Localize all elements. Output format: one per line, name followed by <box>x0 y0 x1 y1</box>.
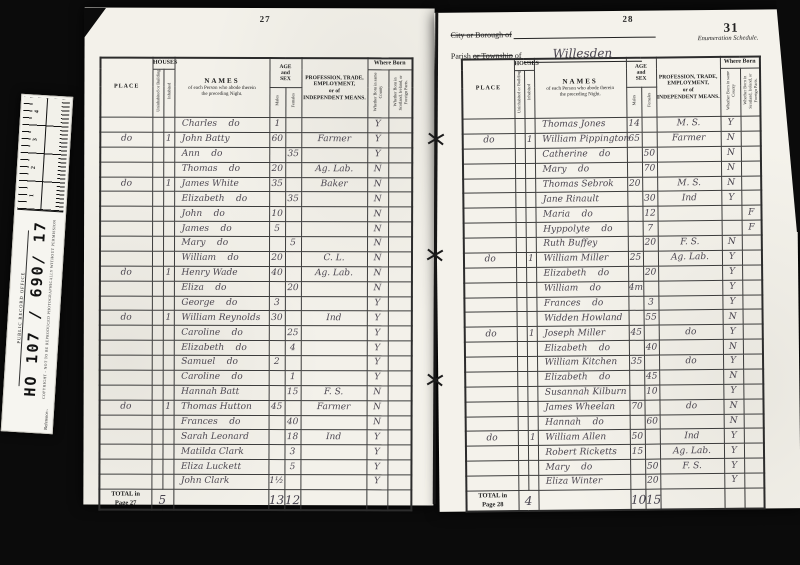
cell-f: 45 <box>644 370 659 385</box>
cell-place <box>465 371 517 386</box>
record-row: Thomas do20Ag. Lab.N <box>100 162 412 178</box>
cell-u <box>517 386 527 401</box>
cell-b1: Y <box>366 460 387 475</box>
cell-b1: Y <box>723 384 743 399</box>
cell-b2 <box>388 192 412 207</box>
cell-b2 <box>742 294 762 309</box>
cell-name: Elizabeth do <box>174 192 269 207</box>
cell-f: 60 <box>645 415 660 430</box>
cell-name: John Batty <box>174 132 269 147</box>
cell-b2 <box>741 190 761 205</box>
record-row: Frances do40N <box>100 415 412 431</box>
cell-m <box>628 296 643 311</box>
cell-i <box>528 475 538 490</box>
header-profession: PROFESSION, TRADE, EMPLOYMENT, or of IND… <box>301 58 367 118</box>
cell-i <box>527 401 537 416</box>
ruler: 1234 <box>17 97 70 213</box>
cell-u <box>516 267 526 282</box>
cell-f <box>644 400 659 415</box>
cell-name: Catherine do <box>535 147 627 163</box>
cell-i <box>163 296 174 311</box>
cell-m: 35 <box>629 355 644 370</box>
city-borough-label: City or Borough of <box>451 30 512 40</box>
cell-prof <box>659 384 723 400</box>
cell-name: Thomas Jones <box>535 117 627 133</box>
cell-m: 3 <box>269 296 285 311</box>
cell-f <box>644 355 659 370</box>
header-houses: HOUSES <box>152 58 174 69</box>
cell-u <box>516 297 526 312</box>
schedule-number: 31 <box>723 20 738 36</box>
cell-b1: N <box>367 252 388 267</box>
header-age-sex: AGE and SEX <box>626 58 656 88</box>
cell-i <box>526 282 536 297</box>
cell-b1: N <box>722 235 742 250</box>
ruler-number: 3 <box>33 138 39 141</box>
cell-b1: Y <box>367 133 388 148</box>
cell-u <box>151 444 162 459</box>
cell-f <box>285 132 301 147</box>
cell-place <box>100 191 152 206</box>
header-age-sex: AGE and SEX <box>269 58 301 87</box>
cell-i: 1 <box>163 311 174 326</box>
header-names-sub2: the preceding Night. <box>535 92 626 99</box>
cell-f <box>285 356 301 371</box>
cell-b1: N <box>721 161 741 176</box>
header-males-label: Males <box>275 95 280 106</box>
cell-name: John do <box>174 207 269 222</box>
cell-i <box>525 178 535 193</box>
cell-f <box>285 251 301 266</box>
cell-place <box>100 385 152 400</box>
cell-place <box>463 178 515 193</box>
cell-name: Frances do <box>174 415 269 430</box>
cell-b1: N <box>367 237 388 252</box>
cell-m <box>627 162 642 177</box>
cell-b1: N <box>367 400 388 415</box>
record-row: do1Thomas Hutton45FarmerN <box>100 400 412 416</box>
cell-b2 <box>388 371 412 386</box>
cell-i <box>163 147 174 162</box>
cell-u <box>152 132 163 147</box>
records-body-right: Thomas Jones14M. S.Ydo1William Pippingto… <box>463 116 765 491</box>
cell-prof <box>659 340 723 356</box>
cell-b2 <box>743 324 763 339</box>
cell-u <box>518 475 528 490</box>
cell-prof: Ind <box>660 429 724 445</box>
cell-u <box>152 430 163 445</box>
cell-m: 1 <box>269 118 285 133</box>
record-row: Elizabeth do4Y <box>100 340 412 356</box>
cell-u <box>152 177 163 192</box>
cell-m: 5 <box>269 222 285 237</box>
cell-prof: Baker <box>301 177 367 192</box>
header-males: Males <box>626 87 641 117</box>
cell-f: 50 <box>645 459 660 474</box>
reference-prefix-label: Reference:- <box>43 409 49 430</box>
cell-m: 14 <box>627 117 642 132</box>
cell-name: William Allen <box>538 430 630 446</box>
cell-u <box>515 208 525 223</box>
page-number-right: 28 <box>622 14 633 24</box>
cell-i <box>527 386 537 401</box>
cell-m <box>627 192 642 207</box>
record-row: Ann do35Y <box>100 147 412 163</box>
total-spacer <box>366 490 387 511</box>
cell-u <box>515 133 525 148</box>
cell-f <box>643 251 658 266</box>
cell-place: do <box>100 266 152 281</box>
cell-b2 <box>387 460 411 475</box>
cell-name: Samuel do <box>174 355 269 370</box>
record-row: Eliza do20N <box>100 281 412 297</box>
cell-name: George do <box>174 296 269 311</box>
cell-b2: F <box>742 220 762 235</box>
cell-f <box>284 475 300 490</box>
cell-i <box>163 370 174 385</box>
cell-u <box>152 325 163 340</box>
header-females-label: Females <box>646 93 652 107</box>
cell-prof <box>301 192 367 207</box>
cell-prof <box>658 295 722 311</box>
cell-b1: Y <box>366 475 387 490</box>
total-spacer <box>538 489 630 511</box>
cell-prof <box>301 341 367 356</box>
cell-m: 20 <box>269 162 285 177</box>
cell-m <box>269 430 285 445</box>
cell-b2 <box>744 428 764 443</box>
cell-name: Caroline do <box>174 370 269 385</box>
cell-m <box>629 340 644 355</box>
cell-prof: Ind <box>301 311 367 326</box>
cell-m <box>269 237 285 252</box>
cell-f: 30 <box>642 191 657 206</box>
cell-prof <box>658 280 722 296</box>
cell-b1 <box>722 220 742 235</box>
census-page-left: 27 PLACE HOUSES NAMES of each Person who… <box>83 8 434 506</box>
cell-m <box>628 221 643 236</box>
cell-prof: do <box>659 354 723 370</box>
total-label-l2: Page 27 <box>115 499 137 506</box>
cell-m: 4m <box>628 281 643 296</box>
total-females-left: 12 <box>284 489 300 510</box>
cell-b2 <box>388 133 412 148</box>
total-spacer <box>387 490 411 511</box>
cell-b1: N <box>367 267 388 282</box>
cell-prof <box>659 369 723 385</box>
cell-u <box>152 117 163 132</box>
cell-prof: Ag. Lab. <box>301 266 367 281</box>
cell-name: Mary do <box>174 236 269 251</box>
cell-b1: Y <box>723 354 743 369</box>
cell-m <box>628 266 643 281</box>
cell-u <box>516 237 526 252</box>
header-born-other: Whether Born in Scotland, Ireland, or Fo… <box>740 67 761 116</box>
cell-name: Ann do <box>174 147 269 162</box>
cell-f: 35 <box>285 192 301 207</box>
cell-b1 <box>721 205 741 220</box>
cell-m <box>629 385 644 400</box>
page-number-left: 27 <box>260 14 271 24</box>
cell-b1: Y <box>722 250 742 265</box>
cell-b1: Y <box>367 430 388 445</box>
header-females: Females <box>641 87 656 117</box>
cell-place <box>465 386 517 401</box>
cell-name: Mary do <box>535 162 627 178</box>
cell-prof <box>301 222 367 237</box>
cell-place: do <box>465 327 517 342</box>
cell-name: Jane Rinault <box>535 192 627 208</box>
cell-prof <box>660 414 724 430</box>
header-inhabited-label: Inhabited <box>166 83 171 99</box>
cell-u <box>515 193 525 208</box>
cell-name: Hyppolyte do <box>536 222 628 238</box>
cell-prof <box>300 460 366 475</box>
cell-i <box>528 446 538 461</box>
header-females: Females <box>285 87 301 117</box>
cell-m: 35 <box>269 177 285 192</box>
cell-b2 <box>387 445 411 460</box>
total-females-right: 15 <box>645 489 660 510</box>
cell-place <box>100 340 152 355</box>
cell-place <box>463 148 515 163</box>
cell-f: 3 <box>643 296 658 311</box>
cell-b2 <box>743 384 763 399</box>
cell-b1: Y <box>722 295 742 310</box>
cell-place: do <box>464 252 516 267</box>
cell-name: Elizabeth do <box>537 341 629 357</box>
cell-i <box>525 208 535 223</box>
total-label-right: TOTAL in Page 28 <box>466 490 518 512</box>
cell-m: 10 <box>269 207 285 222</box>
cell-i <box>527 356 537 371</box>
cell-place <box>466 416 518 431</box>
cell-f <box>642 117 657 132</box>
census-table-left: PLACE HOUSES NAMES of each Person who ab… <box>98 57 413 512</box>
cell-m <box>629 311 644 326</box>
cell-b1: N <box>367 281 388 296</box>
record-row: John do10N <box>100 206 412 222</box>
cell-u <box>516 223 526 238</box>
cell-i <box>527 341 537 356</box>
cell-prof <box>300 445 366 460</box>
cell-name: James White <box>174 177 269 192</box>
record-row: Eliza Luckett5Y <box>99 459 411 475</box>
cell-place <box>464 267 516 282</box>
cell-i: 1 <box>163 177 174 192</box>
cell-place <box>464 282 516 297</box>
header-names-title: NAMES <box>175 77 269 86</box>
cell-place <box>465 357 517 372</box>
cell-i <box>163 251 174 266</box>
total-label-l1: TOTAL in <box>478 492 507 499</box>
cell-name: William do <box>174 251 269 266</box>
record-row: do1James White35BakerN <box>100 177 412 193</box>
header-names: NAMES of each Person who abode therein t… <box>174 58 269 118</box>
ruler-number: 2 <box>31 166 37 169</box>
cell-b1: Y <box>367 148 388 163</box>
header-males-label: Males <box>631 95 636 106</box>
cell-u <box>517 371 527 386</box>
cell-name: Widden Howland <box>537 311 629 327</box>
cell-place <box>99 444 151 459</box>
cell-name: William Reynolds <box>174 311 269 326</box>
cell-m <box>269 341 285 356</box>
cell-place <box>465 312 517 327</box>
cell-prof: Ind <box>657 191 721 207</box>
cell-f: 25 <box>285 326 301 341</box>
header-females-label: Females <box>291 94 296 108</box>
cell-u <box>151 459 162 474</box>
cell-place <box>463 208 515 223</box>
cell-place <box>466 476 518 491</box>
cell-b2 <box>744 458 764 473</box>
cell-f: 5 <box>284 460 300 475</box>
cell-u <box>517 342 527 357</box>
cell-i <box>163 162 174 177</box>
header-place: PLACE <box>462 59 515 119</box>
cell-name: Maria do <box>535 207 627 223</box>
cell-m <box>269 192 285 207</box>
cell-b2 <box>742 280 762 295</box>
cell-b2 <box>741 116 761 131</box>
cell-f <box>644 325 659 340</box>
record-row: Caroline do25Y <box>100 325 412 341</box>
cell-i <box>163 117 174 132</box>
cell-f: 40 <box>285 415 301 430</box>
cell-prof <box>658 221 722 237</box>
cell-f <box>285 118 301 133</box>
cell-place <box>100 429 152 444</box>
cell-b2 <box>741 131 761 146</box>
cell-f <box>645 429 660 444</box>
cell-m: 20 <box>627 177 642 192</box>
cell-f: 18 <box>285 430 301 445</box>
cell-i <box>162 459 173 474</box>
cell-m: 20 <box>269 251 285 266</box>
cell-b2 <box>744 413 764 428</box>
cell-place <box>465 342 517 357</box>
cell-place <box>99 474 151 489</box>
cell-u <box>518 446 528 461</box>
cell-b2 <box>388 222 412 237</box>
cell-b1: N <box>723 369 743 384</box>
record-row: James do5N <box>100 221 412 237</box>
cell-b2 <box>388 281 412 296</box>
total-inhabited-right: 4 <box>518 490 538 511</box>
header-born-other-label: Whether Born in Scotland, Ireland, or Fo… <box>392 70 408 114</box>
census-page-right: 28 31 Enumeration Schedule. City or Boro… <box>434 9 800 512</box>
cell-place <box>100 325 152 340</box>
cell-place <box>99 459 151 474</box>
cell-b2 <box>742 235 762 250</box>
cell-b2 <box>743 339 763 354</box>
cell-name: William do <box>536 281 628 297</box>
header-prof-l4: INDEPENDENT MEANS. <box>302 95 367 102</box>
header-uninhabited-label: Uninhabited or Building <box>155 70 160 112</box>
cell-u <box>152 162 163 177</box>
cell-prof <box>657 161 721 177</box>
cell-m: 1½ <box>268 475 284 490</box>
cell-prof: Ind <box>301 430 367 445</box>
cell-u <box>152 281 163 296</box>
header-inhabited-label: Inhabited <box>526 84 532 100</box>
cell-b1: N <box>367 222 388 237</box>
cell-f <box>642 132 657 147</box>
cell-i: 1 <box>163 132 174 147</box>
ruler-number: 4 <box>34 110 40 113</box>
cell-f: 20 <box>645 474 660 489</box>
cell-place <box>465 401 517 416</box>
cell-u <box>518 431 528 446</box>
cell-prof: do <box>659 399 723 415</box>
cell-b1: Y <box>724 473 744 488</box>
cell-i <box>525 163 535 178</box>
cell-u <box>152 192 163 207</box>
cell-place <box>100 251 152 266</box>
cell-prof: M. S. <box>657 176 721 192</box>
cell-i: 1 <box>527 327 537 342</box>
cell-u <box>152 221 163 236</box>
cell-u <box>152 415 163 430</box>
cell-prof: Farmer <box>657 131 721 147</box>
cell-prof <box>300 475 366 490</box>
cell-m <box>268 460 284 475</box>
cell-u <box>518 416 528 431</box>
cell-b1: Y <box>367 311 388 326</box>
cell-name: Elizabeth do <box>174 340 269 355</box>
cell-place: do <box>466 431 518 446</box>
cell-prof: Farmer <box>301 132 367 147</box>
total-inhabited-left: 5 <box>151 489 173 510</box>
record-row: Samuel do2Y <box>100 355 412 371</box>
cell-m <box>627 147 642 162</box>
cell-m: 40 <box>269 266 285 281</box>
cell-b1: N <box>367 415 388 430</box>
cell-u <box>516 282 526 297</box>
cell-name: William Miller <box>536 251 628 267</box>
cell-name: Susannah Kilburn <box>537 385 629 401</box>
cell-place <box>100 147 152 162</box>
cell-place <box>100 162 152 177</box>
cell-m <box>630 415 645 430</box>
cell-f: 50 <box>642 147 657 162</box>
header-born-county: Whether Born in same County <box>720 68 741 117</box>
total-label-l1: TOTAL in <box>111 491 140 498</box>
cell-name: Eliza do <box>174 281 269 296</box>
cell-f: 20 <box>643 266 658 281</box>
cell-u <box>152 251 163 266</box>
cell-place <box>463 193 515 208</box>
cell-place <box>464 238 516 253</box>
cell-m: 50 <box>630 430 645 445</box>
cell-b2 <box>388 118 412 133</box>
cell-m <box>269 326 285 341</box>
cell-b2 <box>388 177 412 192</box>
cell-name: Henry Wade <box>174 266 269 281</box>
header-uninhabited: Uninhabited or Building <box>152 69 163 118</box>
cell-b2 <box>388 415 412 430</box>
cell-i <box>163 192 174 207</box>
cell-b2 <box>388 311 412 326</box>
cell-i <box>163 236 174 251</box>
cell-i: 1 <box>525 133 535 148</box>
cell-i <box>525 148 535 163</box>
header-born-other: Whether Born in Scotland, Ireland, or Fo… <box>388 69 412 118</box>
cell-name: Thomas Sebrok <box>535 177 627 193</box>
cell-i <box>527 312 537 327</box>
total-spacer <box>173 489 268 510</box>
